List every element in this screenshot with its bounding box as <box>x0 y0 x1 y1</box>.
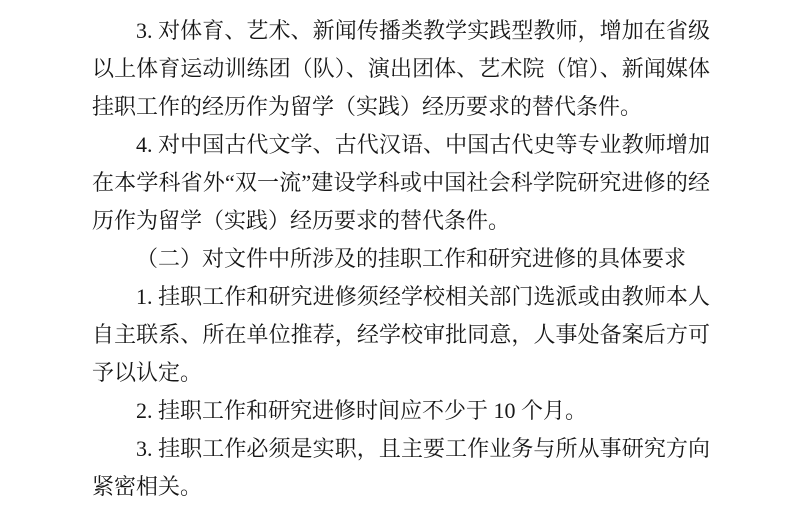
paragraph-item-3: 3. 对体育、艺术、新闻传播类教学实践型教师，增加在省级以上体育运动训练团（队）… <box>92 12 710 126</box>
paragraph-requirement-2: 2. 挂职工作和研究进修时间应不少于 10 个月。 <box>92 392 710 430</box>
paragraph-requirement-1: 1. 挂职工作和研究进修须经学校相关部门选派或由教师本人自主联系、所在单位推荐，… <box>92 278 710 392</box>
paragraph-item-4: 4. 对中国古代文学、古代汉语、中国古代史等专业教师增加在本学科省外“双一流”建… <box>92 126 710 240</box>
document-page: 3. 对体育、艺术、新闻传播类教学实践型教师，增加在省级以上体育运动训练团（队）… <box>92 12 710 506</box>
paragraph-requirement-3: 3. 挂职工作必须是实职，且主要工作业务与所从事研究方向紧密相关。 <box>92 430 710 506</box>
section-2-heading: （二）对文件中所涉及的挂职工作和研究进修的具体要求 <box>92 240 710 278</box>
